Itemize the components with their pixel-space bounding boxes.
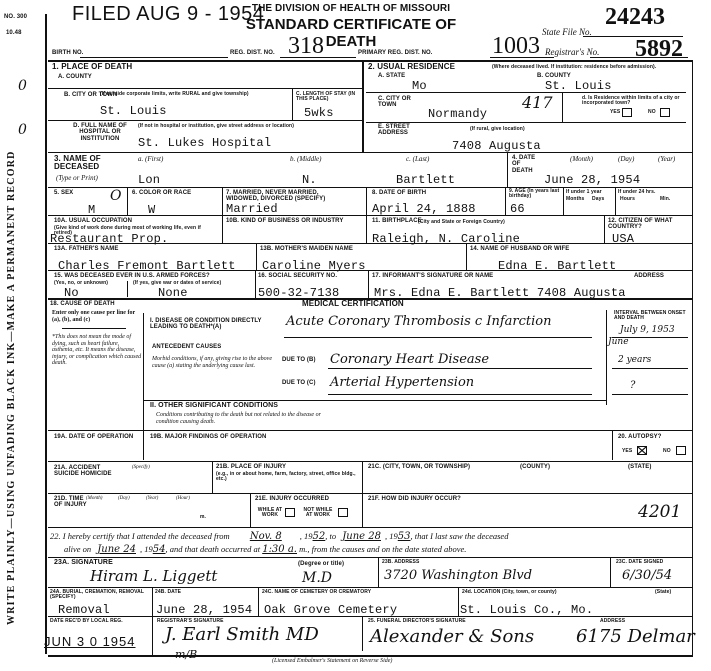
injury-state-label: (STATE) bbox=[628, 464, 651, 470]
attended-from-year: 52 bbox=[313, 531, 326, 542]
within-limits-label: d. Is Residence within limits of a city … bbox=[582, 96, 687, 107]
residence-city-label: c. CITY OR TOWN bbox=[378, 96, 418, 109]
interval-a-value: July 9, 1953 bbox=[620, 325, 675, 335]
page-title: STANDARD CERTIFICATE OF DEATH bbox=[233, 16, 469, 50]
armed-forces-note: (Yes, no, or unknown) bbox=[54, 281, 108, 286]
attended-to-date: June 28 bbox=[338, 531, 385, 542]
burial-date-label: 24b. DATE bbox=[155, 590, 181, 595]
attended-from-date: Nov. 8 bbox=[232, 531, 300, 542]
residence-code-mark: 417 bbox=[522, 93, 553, 112]
marital-status-label: 7. MARRIED, NEVER MARRIED, WIDOWED, DIVO… bbox=[226, 190, 346, 203]
death-city-value: St. Louis bbox=[100, 104, 167, 118]
autopsy-yes-label: YES bbox=[622, 449, 632, 454]
due-to-b-label: DUE TO (b) bbox=[282, 357, 316, 363]
margin-mark-1: 0 bbox=[18, 78, 27, 94]
burial-date-value: June 28, 1954 bbox=[156, 603, 252, 617]
death-time: 1:30 a. bbox=[262, 544, 297, 555]
date-of-death-label: 4. DATE OF DEATH bbox=[512, 155, 540, 174]
funeral-director-label: 25. FUNERAL DIRECTOR'S SIGNATURE bbox=[368, 619, 466, 624]
at-work-label: WHILE AT WORK bbox=[256, 508, 284, 519]
antecedent-causes-label: ANTECEDENT CAUSES bbox=[152, 344, 221, 350]
first-name-value: Lon bbox=[138, 173, 160, 187]
attended-to-year: 53 bbox=[398, 531, 411, 542]
interval-label: INTERVAL BETWEEN ONSET AND DEATH bbox=[614, 311, 692, 322]
birthplace-note: (City and State or Foreign Country) bbox=[418, 220, 505, 225]
autopsy-label: 20. AUTOPSY? bbox=[618, 434, 662, 440]
degree-value: M.D bbox=[302, 570, 332, 586]
burial-type-label: 24a. BURIAL, CREMATION, REMOVAL (Specify… bbox=[50, 590, 150, 601]
street-address-label: e. STREET ADDRESS bbox=[378, 124, 420, 137]
injury-month-label: (Month) bbox=[86, 496, 102, 502]
embalmer-note: (Licensed Embalmer's Statement on Revers… bbox=[272, 658, 392, 665]
father-name-label: 13a. FATHER'S NAME bbox=[54, 246, 118, 252]
cause-instruction: Enter only one cause per line for (a), (… bbox=[52, 310, 140, 323]
funeral-director-address: 6175 Delmar bbox=[576, 626, 695, 647]
physician-address-value: 3720 Washington Blvd bbox=[384, 568, 532, 583]
checked-x-icon bbox=[638, 447, 646, 454]
injury-county-label: (COUNTY) bbox=[520, 464, 550, 470]
injury-city-label: 21c. (CITY, TOWN, OR TOWNSHIP) bbox=[368, 464, 470, 470]
date-of-birth-value: April 24, 1888 bbox=[372, 202, 476, 216]
deceased-name-note: (Type or Print) bbox=[56, 175, 98, 183]
due-to-c-label: DUE TO (c) bbox=[282, 380, 316, 386]
under-24-hrs-label: If under 24 hrs. bbox=[618, 190, 655, 195]
certify-line-1: 22. I hereby certify that I attended the… bbox=[50, 531, 508, 542]
citizenship-label: 12. CITIZEN OF WHAT COUNTRY? bbox=[608, 218, 692, 231]
agency-name: THE DIVISION OF HEALTH OF MISSOURI bbox=[236, 4, 466, 15]
time-of-injury-label: 21d. TIME OF INJURY bbox=[54, 496, 90, 509]
street-address-value: 7408 Augusta bbox=[452, 139, 541, 153]
cemetery-label: 24c. NAME OF CEMETERY OR CREMATORY bbox=[262, 590, 371, 595]
birthplace-label: 11. BIRTHPLACE bbox=[372, 218, 422, 224]
hours-label: Hours bbox=[620, 197, 635, 202]
physician-signature: Hiram L. Liggett bbox=[90, 567, 217, 585]
m-label: m. bbox=[200, 515, 206, 520]
form-number: No. 300 bbox=[4, 14, 27, 20]
primary-reg-number: 1003 bbox=[492, 33, 540, 60]
autopsy-yes-checkbox[interactable] bbox=[637, 446, 647, 455]
injury-hour-label: (Hour) bbox=[176, 496, 190, 502]
cemetery-value: Oak Grove Cemetery bbox=[264, 603, 397, 617]
hospital-label: d. FULL NAME OF HOSPITAL OR INSTITUTION bbox=[64, 123, 136, 142]
other-conditions-label: II. OTHER SIGNIFICANT CONDITIONS bbox=[150, 402, 278, 409]
burial-location-label: 24d. LOCATION (City, town, or county) bbox=[462, 590, 557, 595]
burial-state-label: (State) bbox=[655, 590, 671, 595]
burial-location-value: St. Louis Co., Mo. bbox=[460, 603, 593, 617]
place-of-injury-label: 21b. PLACE OF INJURY bbox=[216, 464, 286, 470]
mother-name-label: 13b. MOTHER'S MAIDEN NAME bbox=[260, 246, 353, 252]
color-race-label: 6. COLOR OR RACE bbox=[132, 190, 191, 196]
dod-year-label: (Year) bbox=[658, 156, 675, 164]
degree-label: (Degree or title) bbox=[298, 561, 344, 567]
months-label: Months bbox=[566, 197, 584, 202]
within-limits-yes-checkbox[interactable] bbox=[622, 108, 632, 117]
date-received-label: DATE REC'D BY LOCAL REG. bbox=[50, 619, 146, 624]
hospital-note: (If not in hospital or institution, give… bbox=[138, 124, 294, 129]
interval-a2-value: June bbox=[608, 337, 629, 347]
residence-note: (Where deceased lived. If institution: r… bbox=[492, 65, 656, 70]
length-of-stay-value: 5wks bbox=[304, 106, 334, 120]
signature-label: 23a. SIGNATURE bbox=[54, 559, 113, 566]
accident-type-label: 21a. ACCIDENT SUICIDE HOMICIDE bbox=[54, 465, 114, 478]
how-injury-label: 21f. HOW DID INJURY OCCUR? bbox=[368, 496, 461, 502]
dod-day-label: (Day) bbox=[618, 156, 634, 164]
reg-dist-label: REG. DIST. NO. bbox=[230, 50, 275, 56]
cause-b-value: Coronary Heart Disease bbox=[330, 352, 489, 367]
autopsy-no-label: NO bbox=[663, 449, 671, 454]
residence-heading: 2. USUAL RESIDENCE bbox=[368, 63, 455, 71]
interval-b-value: 2 years bbox=[618, 355, 651, 365]
last-name-value: Bartlett bbox=[396, 173, 455, 187]
cause-code: 4201 bbox=[638, 502, 681, 522]
first-name-label: a. (First) bbox=[138, 156, 163, 164]
cause-a-value: Acute Coronary Thrombosis c Infarction bbox=[286, 314, 551, 329]
funeral-director-address-label: ADDRESS bbox=[600, 619, 625, 624]
margin-instruction: WRITE PLAINLY—USING UNFADING BLACK INK—M… bbox=[6, 128, 26, 648]
sex-label: 5. SEX bbox=[54, 190, 73, 196]
death-county-label: a. COUNTY bbox=[58, 74, 92, 80]
length-of-stay-label: c. LENGTH OF STAY (in this place) bbox=[296, 92, 358, 103]
certify-line-2: alive on June 24, 1954, and that death o… bbox=[64, 544, 466, 555]
informant-label: 17. INFORMANT'S SIGNATURE OR NAME bbox=[372, 273, 493, 279]
medical-certification-heading: MEDICAL CERTIFICATION bbox=[302, 300, 404, 308]
death-city-note: (If outside corporate limits, write RURA… bbox=[100, 92, 249, 97]
date-of-death-value: June 28, 1954 bbox=[544, 173, 640, 187]
specify-label: (Specify) bbox=[132, 465, 150, 471]
physician-address-label: 23b. ADDRESS bbox=[382, 560, 419, 565]
other-conditions-note: Conditions contributing to the death but… bbox=[156, 412, 336, 425]
injury-day-label: (Day) bbox=[118, 496, 130, 502]
date-signed-label: 23c. DATE SIGNED bbox=[616, 560, 663, 565]
sex-mark: O bbox=[110, 188, 121, 204]
residence-city-value: Normandy bbox=[428, 107, 487, 121]
hospital-value: St. Lukes Hospital bbox=[138, 136, 271, 150]
funeral-director-signature: Alexander & Sons bbox=[370, 626, 534, 647]
date-of-birth-label: 8. DATE OF BIRTH bbox=[372, 190, 426, 196]
at-work-checkbox[interactable] bbox=[285, 508, 295, 517]
middle-name-value: N. bbox=[302, 173, 317, 187]
informant-address-label: ADDRESS bbox=[634, 273, 664, 279]
last-seen-year: 54 bbox=[153, 544, 166, 555]
burial-type-value: Removal bbox=[58, 603, 110, 617]
interval-c-value: ? bbox=[630, 380, 635, 391]
autopsy-no-checkbox[interactable] bbox=[676, 446, 686, 455]
not-at-work-label: NOT WHILE AT WORK bbox=[300, 508, 336, 519]
state-file-number: 24243 bbox=[605, 4, 665, 31]
date-signed-value: 6/30/54 bbox=[622, 568, 672, 583]
days-label: Days bbox=[592, 197, 604, 202]
within-limits-no-label: No bbox=[648, 110, 656, 115]
ssn-label: 16. SOCIAL SECURITY NO. bbox=[258, 273, 337, 279]
marital-status-value: Married bbox=[226, 202, 278, 216]
cause-footnote: *This does not mean the mode of dying, s… bbox=[52, 334, 142, 367]
registrar-initials: m/B bbox=[175, 648, 197, 661]
dod-month-label: (Month) bbox=[570, 156, 593, 164]
cause-of-death-label: 18. CAUSE OF DEATH bbox=[50, 301, 115, 307]
place-of-death-heading: 1. PLACE OF DEATH bbox=[52, 63, 132, 71]
armed-forces-label: 15. WAS DECEASED EVER IN U.S. ARMED FORC… bbox=[54, 273, 210, 279]
date-received-stamp: JUN 3 0 1954 bbox=[44, 634, 136, 649]
form-revision: 10.48 bbox=[6, 30, 22, 36]
residence-state-value: Mo bbox=[412, 79, 427, 93]
primary-reg-label: PRIMARY REG. DIST. NO. bbox=[358, 50, 433, 56]
last-seen-date: June 24 bbox=[93, 544, 140, 555]
operation-findings-label: 19b. MAJOR FINDINGS OF OPERATION bbox=[150, 434, 266, 440]
age-label: 9. AGE (In years last birthday) bbox=[509, 189, 564, 200]
birth-no-label: BIRTH NO. bbox=[52, 50, 84, 56]
registrar-number: 5892 bbox=[635, 36, 683, 63]
place-of-injury-note: (e.g., in or about home, farm, factory, … bbox=[216, 472, 356, 483]
age-value: 66 bbox=[510, 202, 525, 216]
disease-condition-label: I. DISEASE OR CONDITION DIRECTLY LEADING… bbox=[150, 318, 278, 331]
street-address-note: (If rural, give location) bbox=[470, 127, 525, 132]
within-limits-yes-label: Yes bbox=[610, 110, 620, 115]
cause-c-value: Arterial Hypertension bbox=[330, 375, 474, 390]
operation-date-label: 19a. DATE OF OPERATION bbox=[54, 434, 144, 440]
middle-name-label: b. (Middle) bbox=[290, 156, 322, 164]
industry-label: 10b. KIND OF BUSINESS OR INDUSTRY bbox=[226, 218, 362, 224]
within-limits-no-checkbox[interactable] bbox=[660, 108, 670, 117]
reg-dist-number: 318 bbox=[288, 33, 324, 60]
registrar-signature: J. Earl Smith MD bbox=[165, 624, 319, 645]
margin-rule bbox=[45, 14, 47, 654]
under-1-year-label: If under 1 year bbox=[566, 190, 602, 195]
injury-occurred-label: 21e. INJURY OCCURRED bbox=[255, 496, 329, 502]
deceased-name-label: 3. NAME OF DECEASED bbox=[54, 155, 114, 172]
antecedent-note: Morbid conditions, if any, giving rise t… bbox=[152, 356, 280, 369]
residence-county-value: St. Louis bbox=[545, 79, 612, 93]
minutes-label: Min. bbox=[660, 197, 670, 202]
occupation-label: 10a. USUAL OCCUPATION bbox=[54, 218, 132, 224]
spouse-name-label: 14. NAME OF HUSBAND OR WIFE bbox=[470, 246, 569, 252]
last-name-label: c. (Last) bbox=[406, 156, 429, 164]
injury-year-label: (Year) bbox=[146, 496, 158, 502]
residence-state-label: a. STATE bbox=[378, 73, 405, 79]
not-at-work-checkbox[interactable] bbox=[338, 508, 348, 517]
